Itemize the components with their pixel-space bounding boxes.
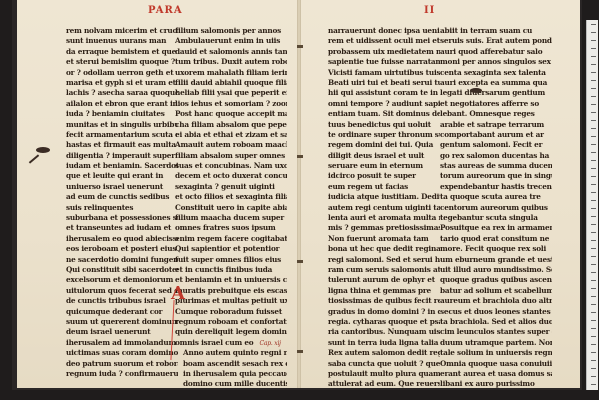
text-line: de cunctis tribubus israel <box>66 296 178 306</box>
text-line: filii dauid abiahil quoque filiam <box>175 78 287 88</box>
text-line: fuit super omnes filios eius <box>175 255 287 265</box>
ruler-tick <box>591 40 596 41</box>
ruler-tick <box>591 328 596 329</box>
text-line: fecit armamentarium scuta et <box>66 130 178 140</box>
text-line: aureum et brachiola duo altrin <box>440 296 552 306</box>
text-line: seruare eum in eternum <box>328 161 440 171</box>
text-line: et negotiatores afferre so <box>440 99 552 109</box>
ruler-tick <box>591 48 596 49</box>
chapter-rubric: Cap. xij <box>259 340 280 347</box>
text-line: regia. cytharas quoque et psalte <box>328 317 440 327</box>
text-line: quicumque dederant cor <box>66 307 178 317</box>
text-line: regi salomoni. Sed et serui hi <box>328 255 440 265</box>
text-line: excelsorum et demoniorum <box>66 275 178 285</box>
ruler-tick <box>591 320 596 321</box>
text-line: tiosissimas de quibus fecit rex <box>328 296 440 306</box>
text-line: muratis prebuitque eis escas <box>175 286 287 296</box>
ruler-tick <box>591 80 596 81</box>
text-line: ligna thina et gemmas pre <box>328 286 440 296</box>
text-line: regnum roboam et confortatum <box>175 317 287 327</box>
text-line: filium maacha ducem super <box>175 213 287 223</box>
text-line: idcirco posuit te super <box>328 171 440 181</box>
text-line: Rex autem salomon dedit regine <box>328 348 440 358</box>
text-line: et octo filios et sexaginta filias <box>175 192 287 202</box>
ruler-tick <box>591 272 596 273</box>
ruler-tick <box>591 232 596 233</box>
ruler-tick <box>591 312 596 313</box>
text-line: Anno autem quinto regni ro <box>175 348 287 358</box>
ruler-tick <box>591 368 596 369</box>
text-line: Posuitque ea rex in armamen <box>440 223 552 233</box>
ruler-tick <box>591 208 596 209</box>
text-line: te ordinare super thronum suum <box>328 130 440 140</box>
text-line: Vicisti famam uirtutibus tuis <box>328 68 440 78</box>
text-line: Omnia quoque uasa conuiuii regis <box>440 359 552 369</box>
text-line: or ? odollam uerron geth et <box>66 68 178 78</box>
text-line: attulerat ad eum. Que reuersa <box>328 379 440 389</box>
text-line: quoque gradus quibus ascende <box>440 275 552 285</box>
text-line: centorum aureorum quibus <box>440 203 552 213</box>
text-line: abiit in terram suam cu <box>440 26 552 36</box>
ruler-tick <box>591 160 596 161</box>
text-line: iudam et beniamin. Sacerdotes <box>66 161 178 171</box>
text-line: lenta auri et aromata multa ni <box>328 213 440 223</box>
ruler-tick <box>591 280 596 281</box>
text-line: saba cuncta que uoluit ? que <box>328 359 440 369</box>
text-line: stas aureas de summa ducen <box>440 161 552 171</box>
binding-stitch <box>297 350 303 353</box>
text-line: suis relinquentes <box>66 203 178 213</box>
ruler-tick <box>591 144 596 145</box>
text-line: ailalon et ebron que erant in <box>66 99 178 109</box>
text-line: tario quod erat consitum ne <box>440 234 552 244</box>
text-line: sexaginta ? genuit uiginti <box>175 182 287 192</box>
text-line: Beati uiri tui et beati serui tui <box>328 78 440 88</box>
scale-ruler <box>586 20 598 390</box>
left-page-column-2: filium salomonis per annosAmbulauerunt e… <box>175 26 287 390</box>
text-line: go rex salomon ducentas ha <box>440 151 552 161</box>
ruler-tick <box>591 88 596 89</box>
text-line: filiam absalom super omnes uxores <box>175 151 287 161</box>
running-head-right: II <box>424 5 435 16</box>
text-line: Constituit uero in capite abiam <box>175 203 287 213</box>
text-line: suum ut quererent dominum <box>66 317 178 327</box>
ruler-tick <box>591 200 596 201</box>
text-line: iherusalem ad immolandum <box>66 338 178 348</box>
text-line: sunt in terra iuda ligna talia <box>328 338 440 348</box>
text-line: uictimas suas coram domino <box>66 348 178 358</box>
text-line: autem regi centum uiginti ta <box>328 203 440 213</box>
ruler-tick <box>591 168 596 169</box>
text-line: auri excepta ea summa qua <box>440 78 552 88</box>
text-line: entiam tuam. Sit dominus deus <box>328 109 440 119</box>
ruler-tick <box>591 288 596 289</box>
text-line: Non fuerunt aromata tam <box>328 234 440 244</box>
text-line: lios iehus et somoriam ? zoom <box>175 99 287 109</box>
text-line: heliab filii ysai que peperit ei fi <box>175 88 287 98</box>
text-line: et in cunctis finibus iuda <box>175 265 287 275</box>
text-line: regnum iuda ? confirmauerunt roboam <box>66 369 178 379</box>
text-line: eos ieroboam et posteri eius <box>66 244 178 254</box>
text-line: ta quoque scuta aurea tre <box>440 192 552 202</box>
text-line: comportabant aurum et ar <box>440 130 552 140</box>
text-line: deo patrum suorum et roborauerunt <box>66 359 178 369</box>
text-line: diligentia ? imperauit super <box>66 151 178 161</box>
ruler-tick <box>591 264 596 265</box>
ruler-tick <box>591 32 596 33</box>
text-line: filium salomonis per annos <box>175 26 287 36</box>
text-line: rem nolvam micerim et cruci <box>66 26 178 36</box>
text-line: secus et duos leones stantes iux <box>440 307 552 317</box>
text-line: lebant. Omnesque reges <box>440 109 552 119</box>
text-line: Post hanc quoque accepit maa <box>175 109 287 119</box>
text-line: da erraque bemistem et que <box>66 47 178 57</box>
text-line: arabie et satrape terrarum <box>440 120 552 130</box>
ruler-tick <box>591 248 596 249</box>
text-line: omni tempore ? audiunt sapi <box>328 99 440 109</box>
text-line: Cumque roboradum fuisset <box>175 307 287 317</box>
ruler-tick <box>591 128 596 129</box>
ruler-tick <box>591 152 596 153</box>
text-line: postulauit multo plura quam <box>328 369 440 379</box>
text-line: ram cum seruis salomonis at <box>328 265 440 275</box>
running-head-left: PARA <box>148 5 183 16</box>
text-line: tum tribus. Duxit autem roboam <box>175 57 287 67</box>
text-line: cim leunculos stantes super gra <box>440 327 552 337</box>
ruler-tick <box>591 136 596 137</box>
text-line: erant aurea et uasa domus saltus <box>440 369 552 379</box>
text-line: omnes fratres suos ipsum <box>175 223 287 233</box>
text-line: ei abia et ethai et zizam et salomith <box>175 130 287 140</box>
text-line: tulerunt aurum de ophyr et <box>328 275 440 285</box>
left-page-column-1: rem nolvam micerim et crucisunt inuenus … <box>66 26 178 379</box>
right-page-column-2: abiit in terram suam cuseruis suis. Erat… <box>440 26 552 390</box>
text-line: cha filiam absalom que peperit <box>175 120 287 130</box>
text-line: tegebantur scuta singula <box>440 213 552 223</box>
text-line: uit illud auro mundissimo. Sex <box>440 265 552 275</box>
right-page-column-1: narrauerunt donec ipsa uenirem et uidiss… <box>328 26 440 390</box>
text-line: auri quod afferebatur salo <box>440 47 552 57</box>
ruler-tick <box>591 360 596 361</box>
text-line: duum utramque partem. Non fuit <box>440 338 552 348</box>
text-line: enim regem facere cogitabat <box>175 234 287 244</box>
text-line: plurimas et multas petiuit uxores <box>175 296 287 306</box>
text-line: um eburneum grande et uesti <box>440 255 552 265</box>
ink-stain <box>470 88 482 93</box>
text-line: libani ex auro purissimo <box>440 379 552 389</box>
ink-stain <box>36 147 50 153</box>
text-line: lachis ? asecha saraa quoque <box>66 88 178 98</box>
text-line: marisa et gyph si et uram et <box>66 78 178 88</box>
text-line: sapientie tue fuisse narratam <box>328 57 440 67</box>
text-line: in iherusalem quia peccauerunt <box>175 369 287 379</box>
text-line: ad eum de cunctis sedibus <box>66 192 178 202</box>
text-line: torum aureorum que in singulis <box>440 171 552 181</box>
text-line: ne sacerdotio domini fungerentur <box>66 255 178 265</box>
text-line: ria cantoribus. Nunquam uisa <box>328 327 440 337</box>
text-line: domino cum mille ducentis <box>175 379 287 389</box>
binding-stitch <box>297 260 303 263</box>
text-line: uxorem mahalath filiam ierimoth <box>175 68 287 78</box>
ruler-tick <box>591 24 596 25</box>
text-line: deum israel uenerunt <box>66 327 178 337</box>
text-line: probassem uix medietatem mi <box>328 47 440 57</box>
text-line: sunt inuenus uurans man <box>66 36 178 46</box>
ruler-tick <box>591 72 596 73</box>
text-line: regem domini dei tui. Quia <box>328 140 440 150</box>
ruler-tick <box>591 256 596 257</box>
text-line: quin dereliquit legem domini ? <box>175 327 287 337</box>
text-line: diligit deus israel et uult <box>328 151 440 161</box>
ruler-tick <box>591 56 596 57</box>
text-line: uitulorum quos fecerat sed et <box>66 286 178 296</box>
text-line: Amauit autem roboam maacham <box>175 140 287 150</box>
ruler-tick <box>591 376 596 377</box>
text-line: decem et octo duxerat concubinas <box>175 171 287 181</box>
text-line: omnis israel cum eoCap. xij <box>175 338 287 348</box>
ruler-tick <box>591 352 596 353</box>
ruler-tick <box>591 112 596 113</box>
text-line: suburbana et possessiones suas <box>66 213 178 223</box>
text-line: rem et uidissent oculi mei et <box>328 36 440 46</box>
text-line: tuus benedictus qui uoluit <box>328 120 440 130</box>
text-line: que et leuite qui erant in <box>66 171 178 181</box>
text-line: iuda ? beniamin ciuitates <box>66 109 178 119</box>
ruler-tick <box>591 344 596 345</box>
text-line: hastas et firmauit eas multa <box>66 140 178 150</box>
text-line: Qui sapientior et potentior <box>175 244 287 254</box>
text-line: mis ? gemmas pretiosissimas <box>328 223 440 233</box>
ruler-tick <box>591 296 596 297</box>
text-line: dauid et salomonis annis tan <box>175 47 287 57</box>
ruler-tick <box>591 384 596 385</box>
text-line: gentum salomoni. Fecit er <box>440 140 552 150</box>
text-line: seruis suis. Erat autem pond <box>440 36 552 46</box>
text-line: Qui constituit sibi sacerdotes <box>66 265 178 275</box>
text-line: iherusalem eo quod abiecisset <box>66 234 178 244</box>
text-line: hii qui assistunt coram te in <box>328 88 440 98</box>
text-line: Ambulauerunt enim in uiis <box>175 36 287 46</box>
binding-stitch <box>297 155 303 158</box>
ruler-tick <box>591 184 596 185</box>
gutter <box>297 0 301 388</box>
text-line: centa sexaginta sex talenta <box>440 68 552 78</box>
ruler-tick <box>591 176 596 177</box>
ruler-tick <box>591 120 596 121</box>
text-line: suas et concubinas. Nam uxores <box>175 161 287 171</box>
text-line: more. Fecit quoque rex soli <box>440 244 552 254</box>
text-line: boam ascendit sesach rex egypti <box>175 359 287 369</box>
text-line: et transeuntes ad iudam et <box>66 223 178 233</box>
ruler-tick <box>591 240 596 241</box>
text-line: iudicia atque iustitiam. Dedit <box>328 192 440 202</box>
ruler-tick <box>591 64 596 65</box>
text-line: et beniamin et in uniuersis ciuitatibus <box>175 275 287 285</box>
text-line: uniuerso israel uenerunt <box>66 182 178 192</box>
text-line: gradus in domo domini ? in domo <box>328 307 440 317</box>
text-line: eum regem ut facias <box>328 182 440 192</box>
text-line: legati diuersarum gentium <box>440 88 552 98</box>
ruler-tick <box>591 216 596 217</box>
text-line: batur ad solium et scabellum <box>440 286 552 296</box>
ruler-tick <box>591 96 596 97</box>
text-line: tale solium in uniuersis regnis <box>440 348 552 358</box>
text-line: ta brachiola. Sed et alios duode <box>440 317 552 327</box>
text-line: bona ut hec que dedit regina saba <box>328 244 440 254</box>
text-line: moni per annos singulos sex <box>440 57 552 67</box>
ruler-tick <box>591 224 596 225</box>
text-line: et sterui bemislim quoque ? <box>66 57 178 67</box>
ruler-tick <box>591 104 596 105</box>
ruler-tick <box>591 304 596 305</box>
text-line: munitas et in singulis urbibus <box>66 120 178 130</box>
text-line: narrauerunt donec ipsa ueni <box>328 26 440 36</box>
binding-stitch <box>297 45 303 48</box>
ruler-tick <box>591 192 596 193</box>
ruler-tick <box>591 336 596 337</box>
text-line: expendebantur hastis trecen <box>440 182 552 192</box>
